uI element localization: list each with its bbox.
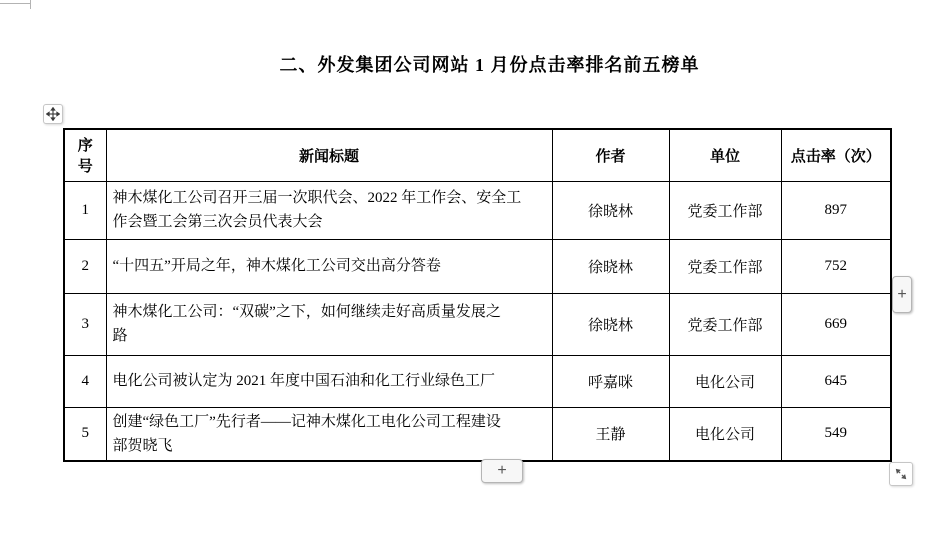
plus-icon: + xyxy=(897,287,906,303)
cell-title: 创建“绿色工厂”先行者——记神木煤化工电化公司工程建设 部贺晓飞 xyxy=(106,407,552,461)
cell-clicks: 752 xyxy=(781,239,891,293)
cell-unit: 党委工作部 xyxy=(669,293,781,355)
cell-clicks: 549 xyxy=(781,407,891,461)
table-row: 5 创建“绿色工厂”先行者——记神木煤化工电化公司工程建设 部贺晓飞 王静 电化… xyxy=(64,407,891,461)
cell-index: 5 xyxy=(64,407,106,461)
column-header-clicks: 点击率（次） xyxy=(781,129,891,181)
cell-unit: 党委工作部 xyxy=(669,181,781,239)
cell-title: “十四五”开局之年，神木煤化工公司交出高分答卷 xyxy=(106,239,552,293)
ranking-table: 序号 新闻标题 作者 单位 点击率（次） 1 神木煤化工公司召开三届一次职代会、… xyxy=(63,128,892,462)
column-header-author: 作者 xyxy=(552,129,669,181)
add-row-button[interactable]: + xyxy=(481,459,523,483)
add-column-button[interactable]: + xyxy=(892,276,912,313)
table-resize-handle[interactable] xyxy=(889,462,913,486)
cell-clicks: 645 xyxy=(781,355,891,407)
cell-index: 3 xyxy=(64,293,106,355)
table-move-handle[interactable] xyxy=(43,104,63,124)
cell-author: 王静 xyxy=(552,407,669,461)
cell-title: 电化公司被认定为 2021 年度中国石油和化工行业绿色工厂 xyxy=(106,355,552,407)
cell-unit: 电化公司 xyxy=(669,407,781,461)
resize-diagonal-icon xyxy=(894,467,908,481)
page-corner-mark xyxy=(0,3,31,4)
column-header-index: 序号 xyxy=(64,129,106,181)
cell-index: 1 xyxy=(64,181,106,239)
cell-title: 神木煤化工公司召开三届一次职代会、2022 年工作会、安全工 作会暨工会第三次会… xyxy=(106,181,552,239)
plus-icon: + xyxy=(497,463,506,479)
cell-author: 徐晓林 xyxy=(552,181,669,239)
cell-author: 呼嘉咪 xyxy=(552,355,669,407)
table-header-row: 序号 新闻标题 作者 单位 点击率（次） xyxy=(64,129,891,181)
table-row: 2 “十四五”开局之年，神木煤化工公司交出高分答卷 徐晓林 党委工作部 752 xyxy=(64,239,891,293)
cell-index: 2 xyxy=(64,239,106,293)
cell-unit: 党委工作部 xyxy=(669,239,781,293)
column-header-unit: 单位 xyxy=(669,129,781,181)
cell-unit: 电化公司 xyxy=(669,355,781,407)
table-row: 3 神木煤化工公司：“双碳”之下，如何继续走好高质量发展之 路 徐晓林 党委工作… xyxy=(64,293,891,355)
page-title: 二、外发集团公司网站 1 月份点击率排名前五榜单 xyxy=(30,51,949,77)
cell-author: 徐晓林 xyxy=(552,239,669,293)
table-row: 4 电化公司被认定为 2021 年度中国石油和化工行业绿色工厂 呼嘉咪 电化公司… xyxy=(64,355,891,407)
move-icon xyxy=(46,107,60,121)
page-corner-mark xyxy=(30,0,31,9)
table-row: 1 神木煤化工公司召开三届一次职代会、2022 年工作会、安全工 作会暨工会第三… xyxy=(64,181,891,239)
cell-title: 神木煤化工公司：“双碳”之下，如何继续走好高质量发展之 路 xyxy=(106,293,552,355)
cell-clicks: 897 xyxy=(781,181,891,239)
cell-clicks: 669 xyxy=(781,293,891,355)
cell-author: 徐晓林 xyxy=(552,293,669,355)
cell-index: 4 xyxy=(64,355,106,407)
column-header-title: 新闻标题 xyxy=(106,129,552,181)
